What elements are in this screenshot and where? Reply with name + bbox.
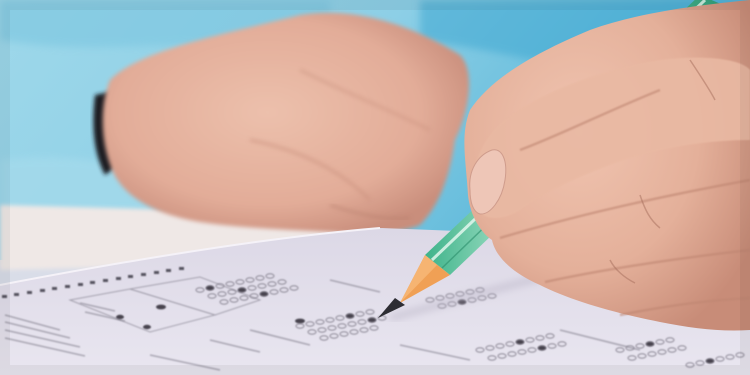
photo-illustration [0, 0, 750, 375]
photo-scene: Close-up photo of a student's hands fill… [0, 0, 750, 375]
